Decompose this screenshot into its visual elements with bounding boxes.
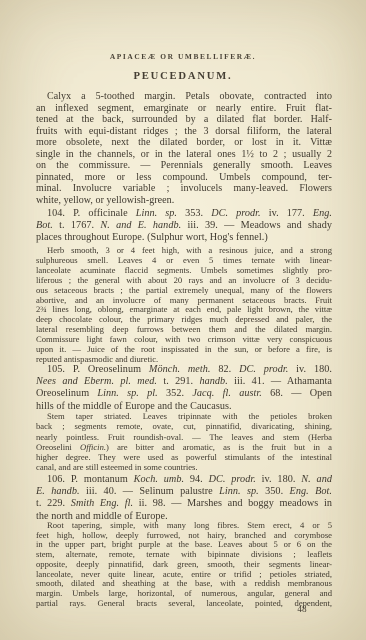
text-line: smooth, dilated and sheathing at the bas… xyxy=(36,579,332,589)
text-line: opposite, deeply pinnatifid, dark green,… xyxy=(36,560,332,570)
text-line: 105. P. Oreoselinum Mönch. meth. 82. DC.… xyxy=(36,364,332,376)
text-line: upon it. — Juice of the root inspissated… xyxy=(36,345,332,355)
genus-description-paragraph: Calyx a 5-toothed margin. Petals obovate… xyxy=(36,91,332,206)
text-line: Oreoselinum Linn. sp. pl. 352. Jacq. fl.… xyxy=(36,388,332,400)
text-line: single in the channels, or in the latera… xyxy=(36,149,332,161)
text-line: liferous ; the general with about 20 ray… xyxy=(36,276,332,286)
text-line: 106. P. montanum Koch. umb. 94. DC. prod… xyxy=(36,474,332,486)
text-line: tened at the back, surrounded by a dilat… xyxy=(36,114,332,126)
text-line: Bot. t. 1767. N. and E. handb. iii. 39. … xyxy=(36,220,332,232)
entry-106-citation: 106. P. montanum Koch. umb. 94. DC. prod… xyxy=(36,474,332,523)
entry-105-description: Stem taper striated. Leaves tripinnate w… xyxy=(36,411,332,473)
entry-105-citation: 105. P. Oreoselinum Mönch. meth. 82. DC.… xyxy=(36,364,332,413)
text-line: Calyx a 5-toothed margin. Petals obovate… xyxy=(36,91,332,103)
text-line: more obsolete, next the dilated border, … xyxy=(36,137,332,149)
text-line: back ; segments remote, ovate, cut, pinn… xyxy=(36,421,332,431)
text-line: deep chocolate colour, the primary ridge… xyxy=(36,315,332,325)
entry-106-description: Root tapering, simple, with many long fi… xyxy=(36,521,332,608)
text-line: lanceolate, never quite linear, acute, e… xyxy=(36,570,332,580)
text-line: stem, alternate, remote, ternate with bi… xyxy=(36,550,332,560)
text-line: ous setaceous bracts ; the partial extre… xyxy=(36,286,332,296)
text-line: feet high, hollow, deeply furrowed, not … xyxy=(36,531,332,541)
text-line: Commissure light fawn colour, with two c… xyxy=(36,335,332,345)
text-line: lateral resembling deep furrows between … xyxy=(36,325,332,335)
text-line: in the upper part, bright purple at the … xyxy=(36,540,332,550)
text-column: Calyx a 5-toothed margin. Petals obovate… xyxy=(36,0,332,640)
text-line: 2¾ lines long, oblong, emarginate at eac… xyxy=(36,305,332,315)
text-line: E. handb. iii. 40. — Selinum palustre Li… xyxy=(36,486,332,498)
text-line: 104. P. officinale Linn. sp. 353. DC. pr… xyxy=(36,208,332,220)
entry-104-citation: 104. P. officinale Linn. sp. 353. DC. pr… xyxy=(36,208,332,245)
text-line: an inflexed segment, emarginate or nearl… xyxy=(36,103,332,115)
text-line: nearly pointless. Fruit roundish-oval. —… xyxy=(36,432,332,442)
text-line: margin. Umbels large, horizontal, of num… xyxy=(36,589,332,599)
text-line: on the commissure. — Perennials generall… xyxy=(36,160,332,172)
text-line: Root tapering, simple, with many long fi… xyxy=(36,521,332,531)
page-number: 48 xyxy=(266,604,338,614)
text-line: minal. Involucre variable ; involucels m… xyxy=(36,183,332,195)
text-line: lanceolate acuminate flaccid segments. U… xyxy=(36,266,332,276)
text-line: pinnated, more or less compound. Umbels … xyxy=(36,172,332,184)
entry-104-description: Herb smooth, 3 or 4 feet high, with a re… xyxy=(36,246,332,365)
text-line: Stem taper striated. Leaves tripinnate w… xyxy=(36,411,332,421)
text-line: canal, and are still esteemed in some co… xyxy=(36,462,332,472)
book-page: APIACEÆ OR UMBELLIFERÆ. PEUCEDANUM. Caly… xyxy=(0,0,366,640)
text-line: sulphureous smell. Leaves 4 or even 5 ti… xyxy=(36,256,332,266)
text-line: Nees and Eberm. pl. med. t. 291. handb. … xyxy=(36,376,332,388)
text-line: Herb smooth, 3 or 4 feet high, with a re… xyxy=(36,246,332,256)
text-line: t. 229. Smith Eng. fl. ii. 98. — Marshes… xyxy=(36,498,332,510)
text-line: white, yellow, or yellowish-green. xyxy=(36,195,332,207)
text-line: Oreoselini Officin.) are bitter and arom… xyxy=(36,442,332,452)
text-line: higher degree. They were used as powerfu… xyxy=(36,452,332,462)
text-line: fruits with equi-distant ridges ; the 3 … xyxy=(36,126,332,138)
text-line: abortive, and an involucre of many perma… xyxy=(36,296,332,306)
text-line: places throughout Europe. (Sulphur wort,… xyxy=(36,232,332,244)
